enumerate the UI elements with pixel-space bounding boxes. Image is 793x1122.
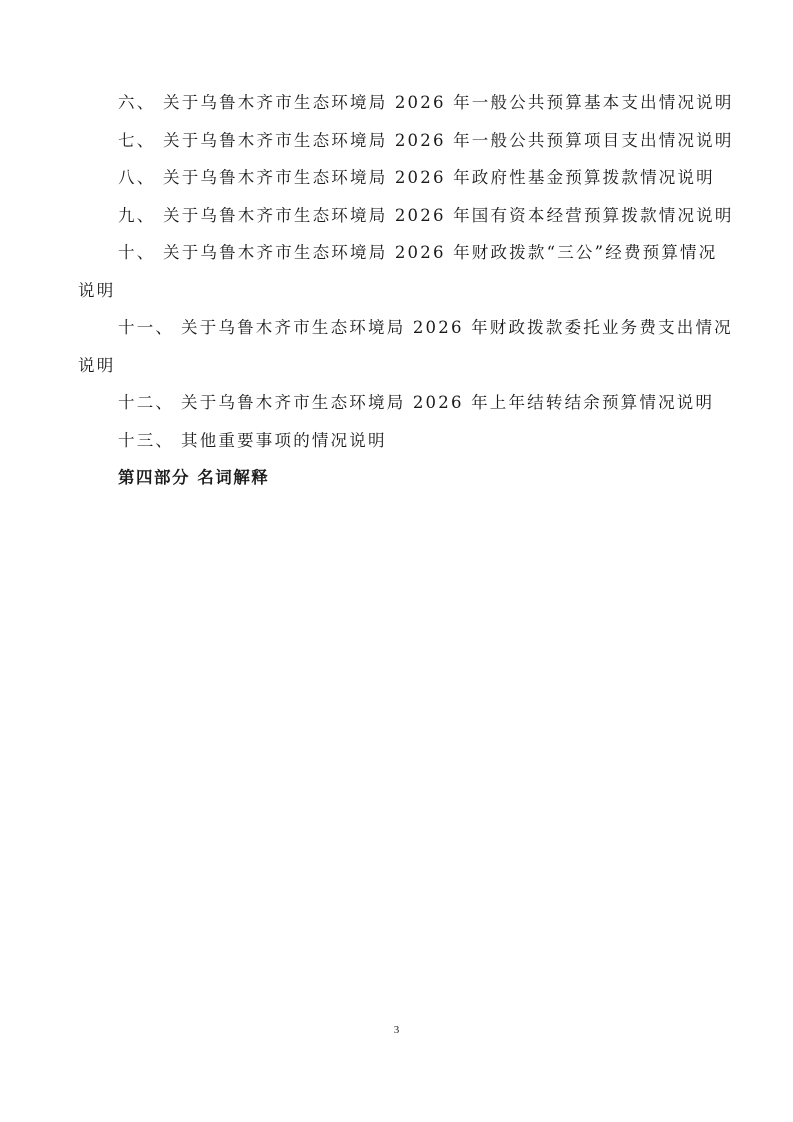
toc-item-10: 十、关于乌鲁木齐市生态环境局 2026 年财政拨款“三公”经费预算情况 xyxy=(78,234,712,272)
toc-item-10-continuation: 说明 xyxy=(78,272,712,310)
toc-item-number: 八、 xyxy=(118,159,163,197)
toc-item-7: 七、关于乌鲁木齐市生态环境局 2026 年一般公共预算项目支出情况说明 xyxy=(78,122,712,160)
toc-item-text: 关于乌鲁木齐市生态环境局 2026 年政府性基金预算拨款情况说明 xyxy=(163,168,715,187)
toc-item-text: 关于乌鲁木齐市生态环境局 2026 年财政拨款委托业务费支出情况 xyxy=(181,318,733,337)
toc-item-number: 七、 xyxy=(118,122,163,160)
toc-item-text: 关于乌鲁木齐市生态环境局 2026 年国有资本经营预算拨款情况说明 xyxy=(163,206,734,225)
toc-item-9: 九、关于乌鲁木齐市生态环境局 2026 年国有资本经营预算拨款情况说明 xyxy=(78,197,712,235)
toc-item-number: 十一、 xyxy=(118,309,181,347)
toc-item-11-continuation: 说明 xyxy=(78,347,712,385)
toc-item-text: 关于乌鲁木齐市生态环境局 2026 年上年结转结余预算情况说明 xyxy=(181,393,714,412)
page-number: 3 xyxy=(0,1024,793,1036)
document-page: 六、关于乌鲁木齐市生态环境局 2026 年一般公共预算基本支出情况说明 七、关于… xyxy=(0,0,793,1122)
toc-item-8: 八、关于乌鲁木齐市生态环境局 2026 年政府性基金预算拨款情况说明 xyxy=(78,159,712,197)
toc-item-number: 十、 xyxy=(118,234,163,272)
toc-item-text: 关于乌鲁木齐市生态环境局 2026 年一般公共预算项目支出情况说明 xyxy=(163,131,734,150)
section-heading: 第四部分 名词解释 xyxy=(78,459,712,497)
toc-item-6: 六、关于乌鲁木齐市生态环境局 2026 年一般公共预算基本支出情况说明 xyxy=(78,84,712,122)
toc-item-number: 九、 xyxy=(118,197,163,235)
table-of-contents: 六、关于乌鲁木齐市生态环境局 2026 年一般公共预算基本支出情况说明 七、关于… xyxy=(78,84,712,497)
toc-item-11: 十一、关于乌鲁木齐市生态环境局 2026 年财政拨款委托业务费支出情况 xyxy=(78,309,712,347)
toc-item-text: 关于乌鲁木齐市生态环境局 2026 年一般公共预算基本支出情况说明 xyxy=(163,93,734,112)
toc-item-text: 关于乌鲁木齐市生态环境局 2026 年财政拨款“三公”经费预算情况 xyxy=(163,243,717,262)
toc-item-number: 十三、 xyxy=(118,422,181,460)
toc-item-12: 十二、关于乌鲁木齐市生态环境局 2026 年上年结转结余预算情况说明 xyxy=(78,384,712,422)
toc-item-13: 十三、其他重要事项的情况说明 xyxy=(78,422,712,460)
toc-item-number: 六、 xyxy=(118,84,163,122)
toc-item-text: 其他重要事项的情况说明 xyxy=(181,431,387,450)
toc-item-number: 十二、 xyxy=(118,384,181,422)
